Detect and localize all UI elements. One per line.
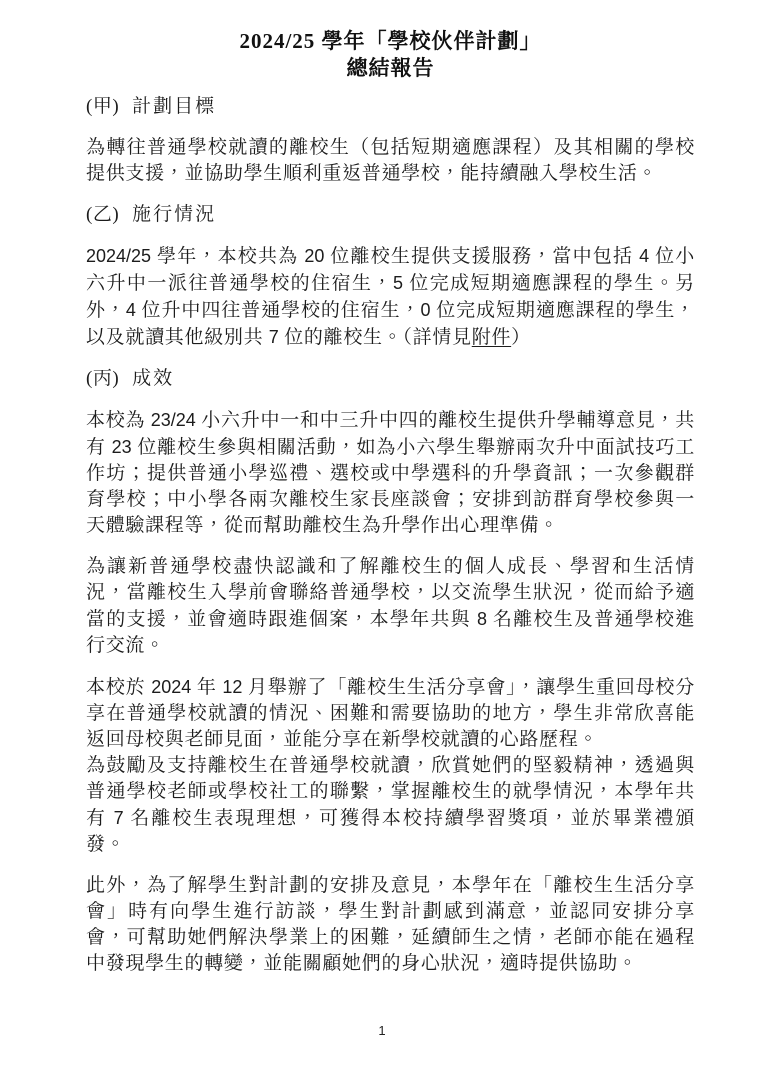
paragraph-school-liaison: 為讓新普通學校盡快認識和了解離校生的個人成長、學習和生活情況，當離校生入學前會聯… <box>86 554 695 659</box>
document-title: 2024/25 學年「學校伙伴計劃」 總結報告 <box>86 28 695 82</box>
attachment-link[interactable]: 附件 <box>472 327 511 348</box>
paragraph-sharing-session: 本校於 2024 年 12 月舉辦了「離校生生活分享會」，讓學生重回母校分享在普… <box>86 674 695 753</box>
section-heading-implementation: (乙)施行情況 <box>86 202 695 228</box>
section-marker: (乙) <box>86 204 119 225</box>
text-run: 2024/25 學年，本校共為 20 位離校生提供支援服務，當中包括 4 位小六… <box>86 246 695 348</box>
section-marker: (丙) <box>86 368 119 389</box>
title-line-2: 總結報告 <box>86 55 695 82</box>
section-marker: (甲) <box>86 96 119 117</box>
document-page: 2024/25 學年「學校伙伴計劃」 總結報告 (甲)計劃目標 為轉往普通學校就… <box>0 0 764 1080</box>
paragraph-feedback: 此外，為了解學生對計劃的安排及意見，本學年在「離校生生活分享會」時有向學生進行訪… <box>86 873 695 977</box>
section-heading-effectiveness: (丙)成效 <box>86 366 695 392</box>
page-footer: 1 <box>0 1017 764 1044</box>
paragraph-guidance-activities: 本校為 23/24 小六升中一和中三升中四的離校生提供升學輔導意見，共有 23 … <box>86 407 695 539</box>
section-heading-text: 成效 <box>132 368 174 389</box>
section-heading-text: 計劃目標 <box>132 96 216 117</box>
page-number: 1 <box>378 1023 385 1038</box>
section-heading-objectives: (甲)計劃目標 <box>86 94 695 120</box>
section-heading-text: 施行情況 <box>132 204 216 225</box>
title-line-1: 2024/25 學年「學校伙伴計劃」 <box>86 28 695 55</box>
section-effectiveness: (丙)成效 本校為 23/24 小六升中一和中三升中四的離校生提供升學輔導意見，… <box>86 366 695 977</box>
section-implementation: (乙)施行情況 2024/25 學年，本校共為 20 位離校生提供支援服務，當中… <box>86 202 695 351</box>
paragraph-implementation: 2024/25 學年，本校共為 20 位離校生提供支援服務，當中包括 4 位小六… <box>86 243 695 351</box>
text-run: ） <box>511 327 531 348</box>
paragraph-award: 為鼓勵及支持離校生在普通學校就讀，欣賞她們的堅毅精神，透過與普通學校老師或學校社… <box>86 753 695 858</box>
section-objectives: (甲)計劃目標 為轉往普通學校就讀的離校生（包括短期適應課程）及其相關的學校提供… <box>86 94 695 187</box>
paragraph-objectives: 為轉往普通學校就讀的離校生（包括短期適應課程）及其相關的學校提供支援，並協助學生… <box>86 135 695 187</box>
